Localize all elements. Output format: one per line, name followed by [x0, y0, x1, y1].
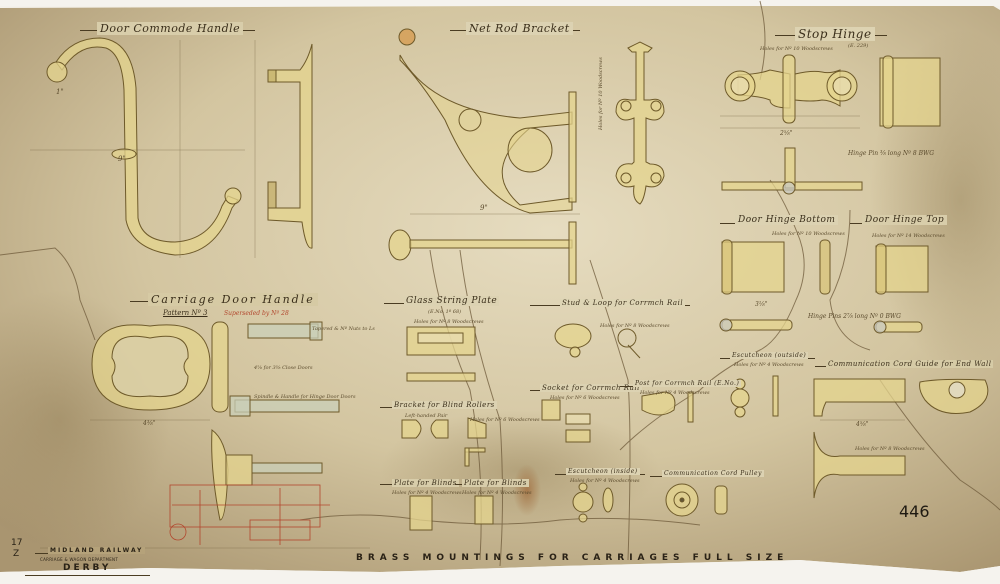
- section-title-plate-for-blinds-2: Plate for Blinds: [462, 479, 529, 487]
- dim-net-rod-9: 9": [480, 204, 488, 212]
- bracket-for-blind-rollers-drawing: [402, 418, 486, 466]
- carriage-door-handle-note-2: 4⅝ for 3⅜ Close Doors: [254, 365, 313, 371]
- title-block-department: CARRIAGE & WAGON DEPARTMENT: [40, 557, 118, 562]
- dim-door-commode-9: 9": [118, 155, 126, 163]
- section-title-net-rod-bracket: Net Rod Bracket: [466, 22, 573, 35]
- stop-hinge-note: Holes for Nº 10 Woodscrews: [760, 46, 833, 52]
- communication-cord-pulley-drawing: [666, 484, 727, 516]
- technical-illustrations: [0, 0, 1000, 584]
- escutcheon-inside-note: Holes for Nº 4 Woodscrews: [570, 478, 640, 484]
- section-title-stud-and-loop: Stud & Loop for Corrmch Rail: [560, 299, 685, 307]
- title-block-rule: [25, 575, 150, 576]
- post-note: Holes for Nº 4 Woodscrews: [640, 390, 710, 396]
- dim-door-commode-1: 1": [56, 88, 64, 96]
- net-rod-bracket-drawing: [389, 29, 664, 284]
- margin-mark-1: 17: [11, 538, 22, 548]
- door-commode-handle-drawing: [47, 38, 312, 255]
- section-title-communication-cord-guide: Communication Cord Guide for End Wall: [826, 360, 993, 368]
- communication-cord-guide-note: Holes for Nº 8 Woodscrews: [855, 446, 925, 452]
- section-title-post-for-corrmch-rail: Post for Corrmch Rail (E.No.): [633, 380, 741, 387]
- dim-stop-hinge-2-5-8: 2⅝": [780, 130, 792, 137]
- section-title-door-hinge-bottom: Door Hinge Bottom: [735, 215, 838, 225]
- stop-hinge-drawing: [722, 55, 940, 194]
- section-title-stop-hinge: Stop Hinge: [795, 27, 875, 41]
- section-title-carriage-door-handle: Carriage Door Handle: [148, 293, 318, 306]
- title-block-location: DERBY: [63, 563, 111, 573]
- sheet-number: 446: [899, 502, 930, 521]
- socket-note: Holes for Nº 6 Woodscrews: [550, 395, 620, 401]
- communication-cord-guide-drawing: [814, 379, 988, 498]
- plate-for-blinds-1-note: Holes for Nº 4 Woodscrews: [392, 490, 462, 496]
- engineering-drawing-sheet: Door Commode Handle Net Rod Bracket Stop…: [0, 0, 1000, 584]
- section-title-bracket-for-blind-rollers: Bracket for Blind Rollers: [392, 401, 497, 409]
- carriage-door-handle-note-3: Spindle & Handle for Hinge Door Doors: [254, 394, 356, 400]
- plate-for-blinds-2-note: Holes for Nº 4 Woodscrews: [462, 490, 532, 496]
- carriage-door-handle-pattern: Pattern Nº 3: [163, 309, 208, 317]
- stop-hinge-pin-note: Hinge Pin ⅜ long Nº 8 BWG: [848, 150, 934, 157]
- door-hinge-top-note: Holes for Nº 14 Woodscrews: [872, 233, 945, 239]
- bracket-for-blind-rollers-note-2: Holes for Nº 6 Woodscrews: [470, 417, 540, 423]
- title-block-company: MIDLAND RAILWAY: [48, 547, 145, 554]
- dim-carriage-handle-4-3-8: 4⅜": [143, 420, 155, 427]
- stud-and-loop-note: Holes for Nº 8 Woodscrews: [600, 323, 670, 329]
- door-hinge-bottom-note: Holes for Nº 10 Woodscrews: [772, 231, 845, 237]
- section-title-glass-string-plate: Glass String Plate: [404, 296, 499, 306]
- margin-mark-2: Z: [13, 549, 19, 559]
- drawing-title: BRASS MOUNTINGS FOR CARRIAGES FULL SIZE: [356, 553, 788, 563]
- stud-and-loop-drawing: [555, 324, 640, 358]
- escutcheon-outside-note: Holes for Nº 4 Woodscrews: [734, 362, 804, 368]
- glass-string-plate-subtitle: (E.No. 1º 68): [428, 309, 461, 315]
- net-rod-bracket-note: Holes for Nº 10 Woodscrews: [598, 57, 604, 130]
- carriage-door-handle-superseded: Superseded by Nº 28: [224, 310, 289, 317]
- dim-door-hinge-3-1-8: 3⅛": [755, 301, 767, 308]
- section-title-escutcheon-inside: Escutcheon (inside): [566, 468, 640, 475]
- glass-string-plate-drawing: [407, 327, 475, 381]
- stop-hinge-subtitle: (E. 229): [848, 43, 868, 49]
- plates-for-blinds-drawing: [410, 496, 493, 530]
- section-title-plate-for-blinds-1: Plate for Blinds: [392, 479, 459, 487]
- bracket-for-blind-rollers-note-1: Left-handed Pair: [405, 413, 447, 419]
- glass-string-plate-note: Holes for Nº 8 Woodscrews: [414, 319, 484, 325]
- section-title-communication-cord-pulley: Communication Cord Pulley: [662, 470, 764, 477]
- carriage-door-handle-drawing: [92, 322, 339, 545]
- section-title-door-hinge-top: Door Hinge Top: [862, 215, 947, 225]
- door-hinge-pin-note: Hinge Pins 2⅞ long Nº 0 BWG: [808, 313, 901, 320]
- section-title-escutcheon-outside: Escutcheon (outside): [730, 352, 808, 359]
- carriage-door-handle-note-1: Tapered & Nº Nuts to Ls: [312, 326, 375, 332]
- section-title-door-commode-handle: Door Commode Handle: [97, 22, 243, 35]
- dim-cord-guide-4-5-8: 4⅝": [856, 421, 868, 428]
